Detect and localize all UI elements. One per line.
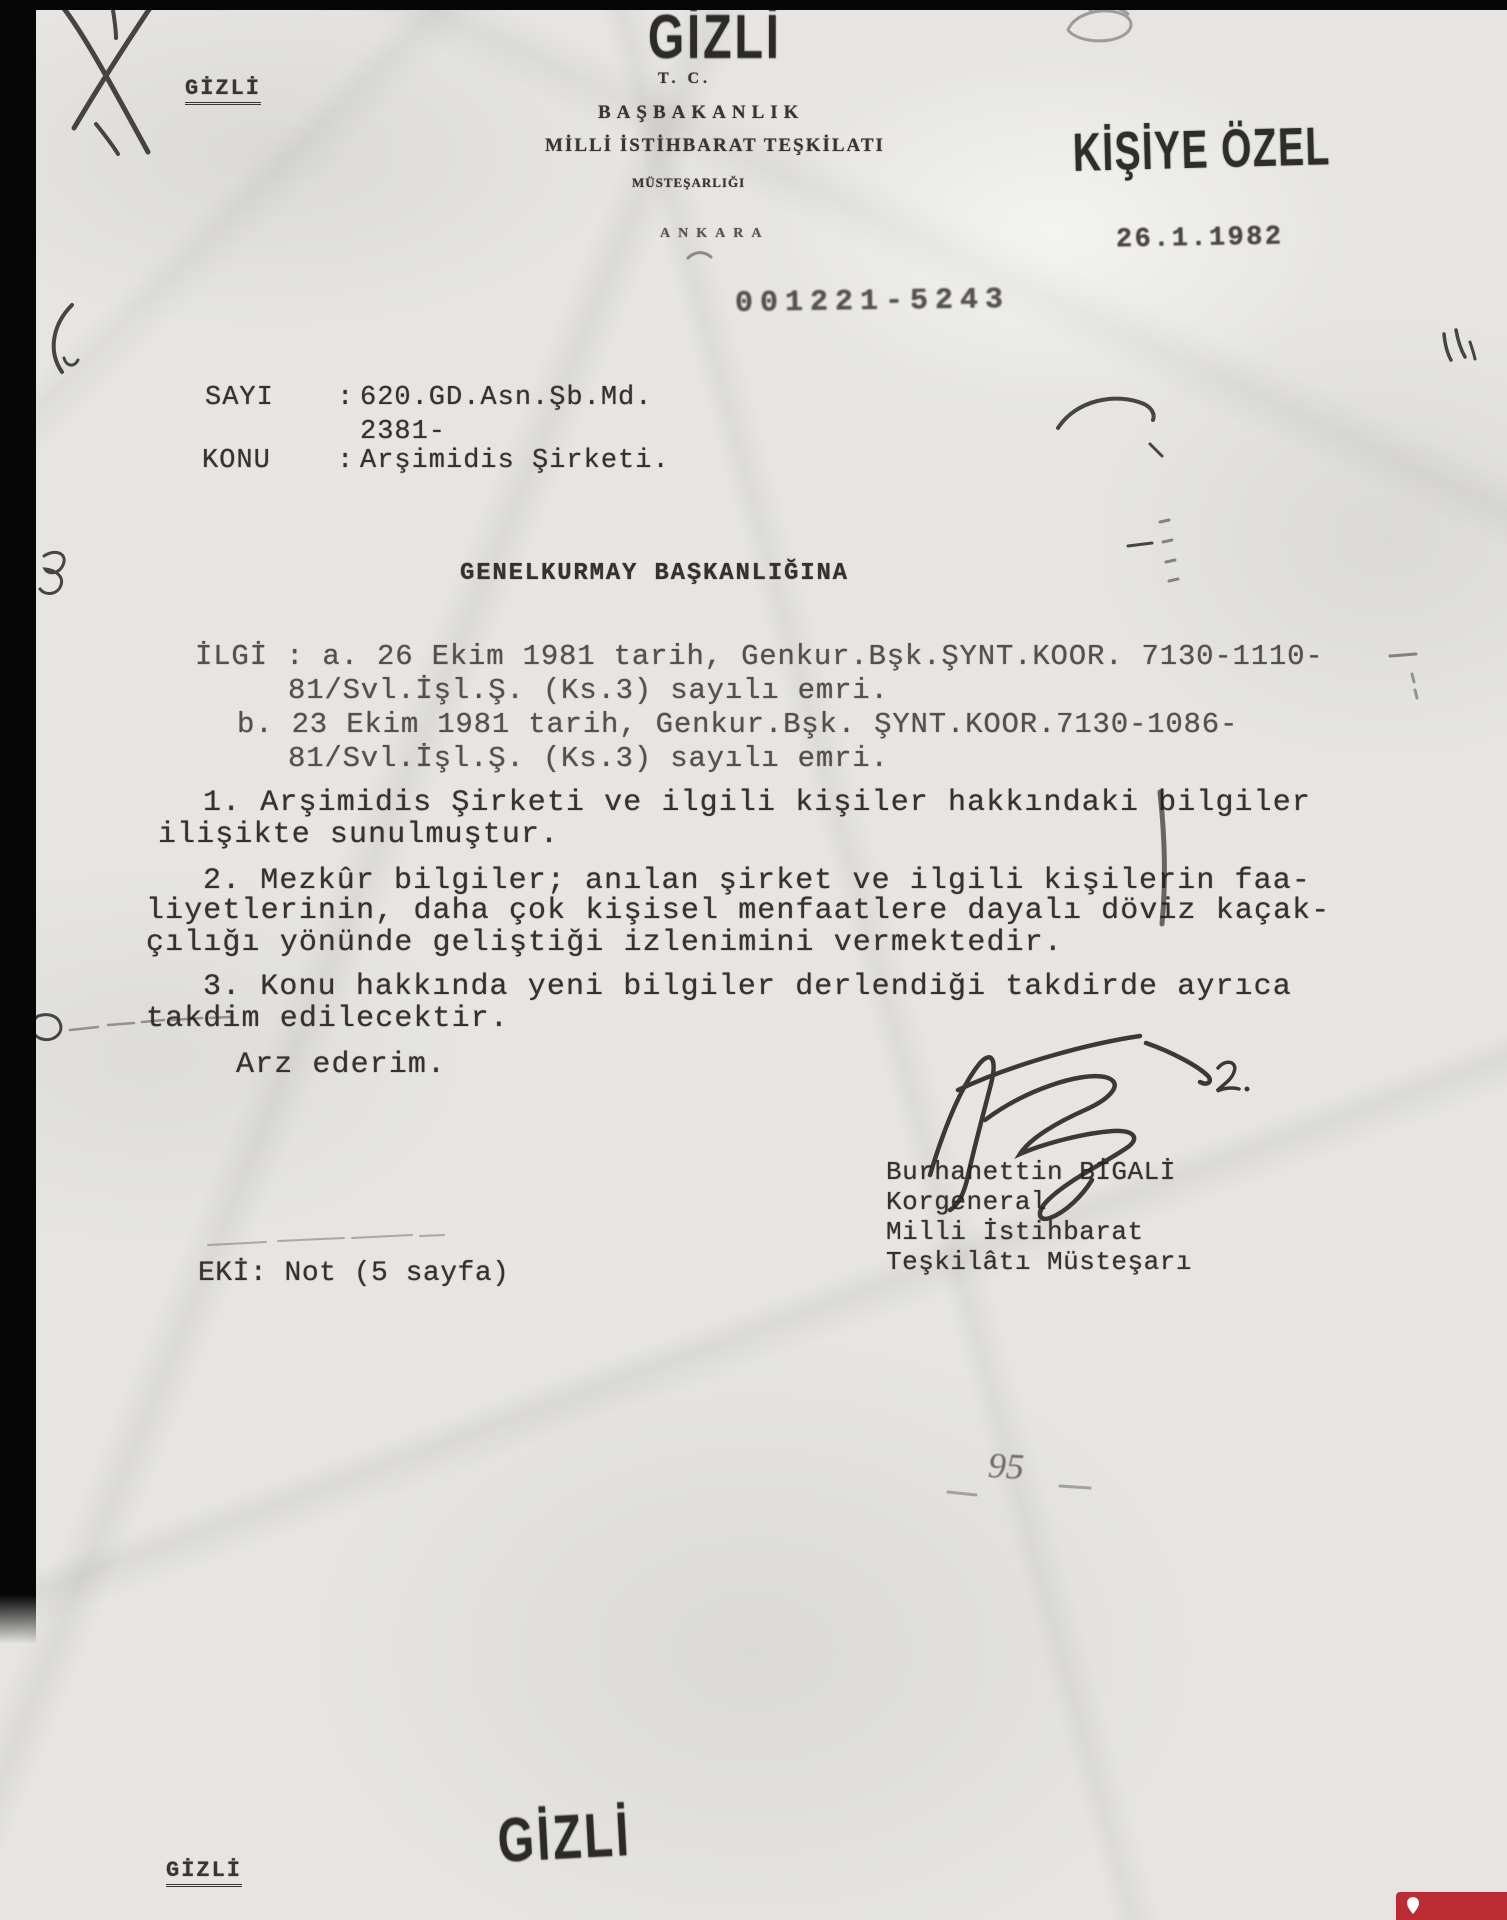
attachment-note: EKİ: Not (5 sayfa)	[198, 1258, 509, 1290]
paragraph-1-line-1: 1. Arşimidis Şirketi ve ilgili kişiler h…	[203, 786, 1311, 821]
scanned-document-page: GİZLİ GİZLİ T. C. BAŞBAKANLIK MİLLİ İSTİ…	[0, 0, 1507, 1920]
paragraph-1-line-2: ilişikte sunulmuştur.	[158, 818, 559, 853]
registry-number-stamp: 001221-5243	[735, 283, 1011, 321]
letterhead-mit: MİLLİ İSTİHBARAT TEŞKİLATI	[545, 135, 885, 157]
sayi-value: 620.GD.Asn.Şb.Md.	[360, 383, 652, 414]
sayi-value-line2: 2381-	[360, 417, 446, 448]
classification-stamp-top: GİZLİ	[648, 2, 782, 73]
classification-mark-top-left: GİZLİ	[185, 76, 261, 105]
date-stamp: 26.1.1982	[1116, 223, 1284, 257]
konu-colon: :	[337, 446, 354, 477]
paragraph-3-line-1: 3. Konu hakkında yeni bilgiler derlendiğ…	[203, 970, 1292, 1005]
classification-stamp-bottom: GİZLİ	[496, 1799, 633, 1877]
letterhead-mustesarligi: MÜSTEŞARLIĞI	[632, 176, 745, 191]
paragraph-2-line-3: çılığı yönünde geliştiği izlenimini verm…	[146, 926, 1063, 961]
paragraph-3-line-2: takdim edilecektir.	[146, 1002, 509, 1037]
letterhead-tc: T. C.	[658, 70, 711, 88]
signer-name: Burhanettin BİGALİ	[886, 1158, 1176, 1188]
pin-icon	[1404, 1895, 1422, 1917]
ilgi-line-2: 81/Svl.İşl.Ş. (Ks.3) sayılı emri.	[288, 674, 889, 707]
ilgi-line-1: İLGİ : a. 26 Ekim 1981 tarih, Genkur.Bşk…	[195, 640, 1324, 673]
sayi-label: SAYI	[205, 383, 274, 414]
privacy-stamp: KİŞİYE ÖZEL	[1072, 115, 1331, 184]
handwritten-page-number: 95	[987, 1445, 1025, 1488]
stamp-scribble-top-right	[1068, 7, 1131, 41]
ilgi-line-4: 81/Svl.İşl.Ş. (Ks.3) sayılı emri.	[288, 742, 889, 775]
scan-border-top	[0, 0, 1507, 10]
signer-rank: Korgeneral	[886, 1188, 1047, 1218]
letterhead-basbakanlik: BAŞBAKANLIK	[598, 102, 804, 124]
scan-border-left	[0, 0, 36, 1644]
konu-value: Arşimidis Şirketi.	[360, 446, 670, 477]
sayi-colon: :	[337, 383, 354, 414]
letterhead-city: ANKARA	[660, 226, 769, 242]
addressee-heading: GENELKURMAY BAŞKANLIĞINA	[460, 560, 849, 588]
closing-line: Arz ederim.	[236, 1048, 446, 1083]
signer-org-line-1: Milli İstihbarat	[886, 1218, 1144, 1248]
ilgi-line-3: b. 23 Ekim 1981 tarih, Genkur.Bşk. ŞYNT.…	[237, 708, 1238, 741]
paragraph-2-line-2: liyetlerinin, daha çok kişisel menfaatle…	[146, 894, 1330, 929]
konu-label: KONU	[202, 446, 271, 477]
save-button[interactable]	[1396, 1892, 1507, 1920]
classification-mark-bottom-left: GİZLİ	[166, 1858, 242, 1887]
signer-org-line-2: Teşkilâtı Müsteşarı	[886, 1248, 1192, 1278]
